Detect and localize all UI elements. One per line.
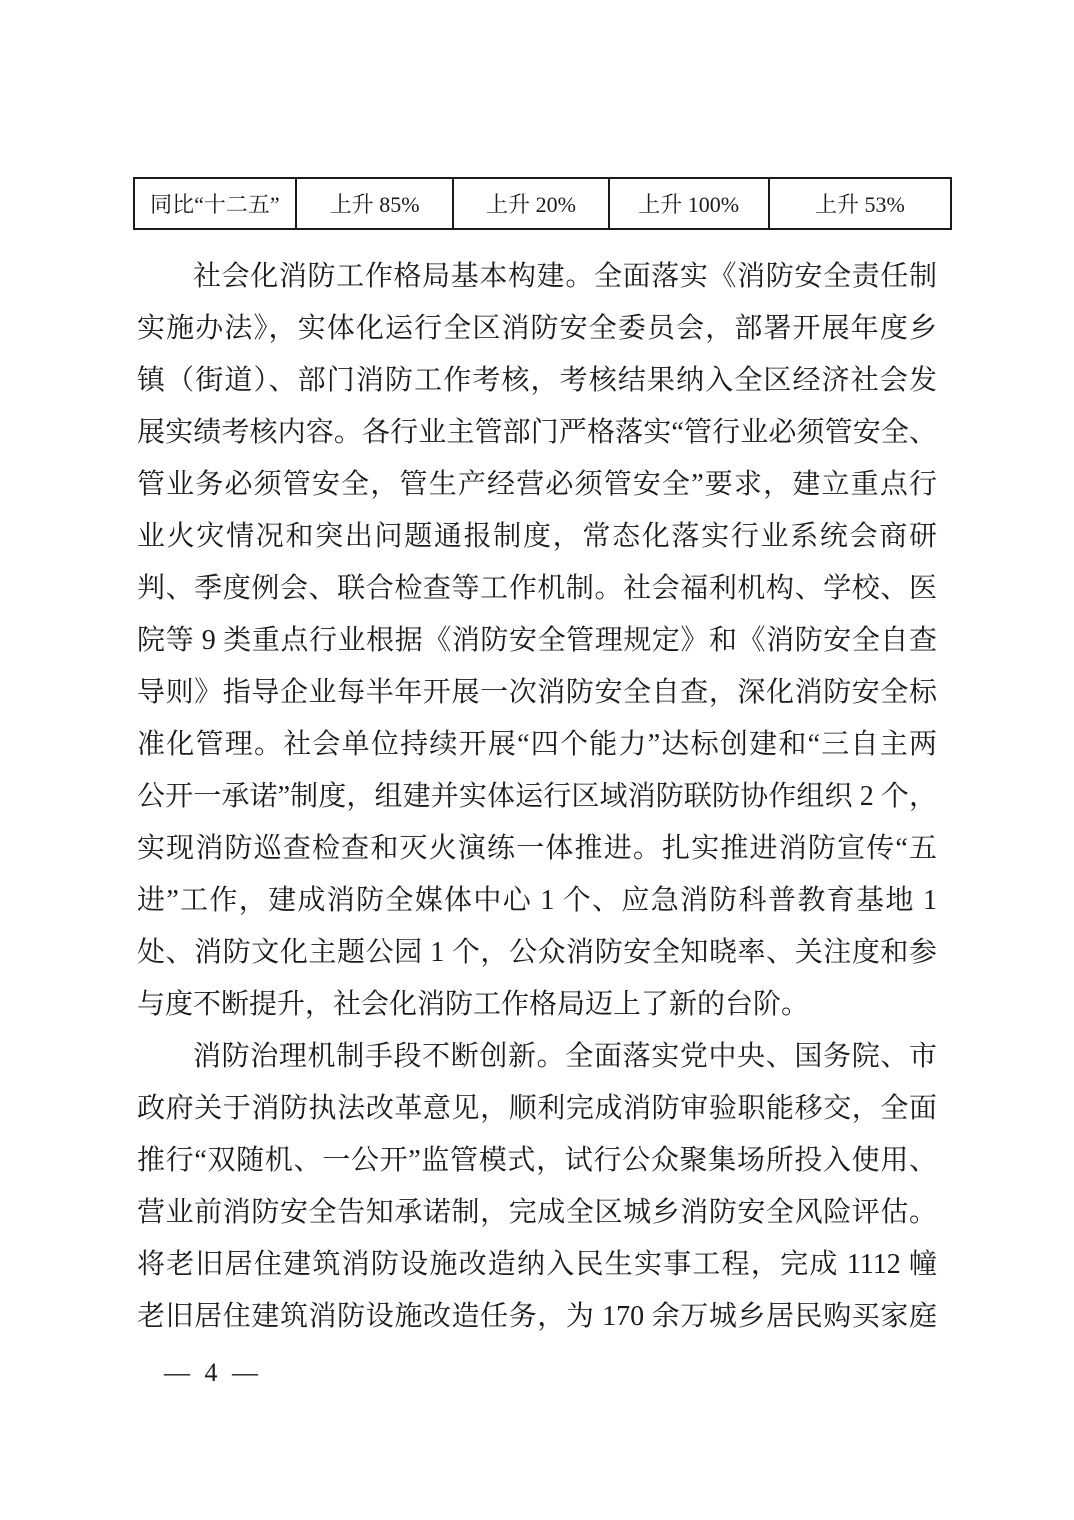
- table-cell-value: 上升 53%: [769, 178, 951, 229]
- page-number: — 4 —: [164, 1358, 262, 1388]
- text-line: 进”工作，建成消防全媒体中心 1 个、应急消防科普教育基地 1: [137, 875, 937, 927]
- text-line: 实现消防巡查检查和灭火演练一体推进。扎实推进消防宣传“五: [137, 823, 937, 875]
- paragraph: 社会化消防工作格局基本构建。全面落实《消防安全责任制实施办法》，实体化运行全区消…: [137, 251, 937, 1031]
- text-line: 公开一承诺”制度，组建并实体运行区域消防联防协作组织 2 个，: [137, 771, 937, 823]
- text-line: 业火灾情况和突出问题通报制度，常态化落实行业系统会商研: [137, 511, 937, 563]
- text-line: 处、消防文化主题公园 1 个，公众消防安全知晓率、关注度和参: [137, 927, 937, 979]
- table-cell-value: 上升 100%: [609, 178, 769, 229]
- text-line: 推行“双随机、一公开”监管模式，试行公众聚集场所投入使用、: [137, 1135, 937, 1187]
- text-line: 准化管理。社会单位持续开展“四个能力”达标创建和“三自主两: [137, 719, 937, 771]
- text-line: 与度不断提升，社会化消防工作格局迈上了新的台阶。: [137, 979, 937, 1031]
- body-text: 社会化消防工作格局基本构建。全面落实《消防安全责任制实施办法》，实体化运行全区消…: [137, 251, 937, 1343]
- text-line: 社会化消防工作格局基本构建。全面落实《消防安全责任制: [137, 251, 937, 303]
- text-line: 将老旧居住建筑消防设施改造纳入民生实事工程，完成 1112 幢: [137, 1239, 937, 1291]
- stats-table: 同比“十二五” 上升 85% 上升 20% 上升 100% 上升 53%: [133, 177, 952, 230]
- text-line: 营业前消防安全告知承诺制，完成全区城乡消防安全风险评估。: [137, 1187, 937, 1239]
- table-row: 同比“十二五” 上升 85% 上升 20% 上升 100% 上升 53%: [134, 178, 951, 229]
- text-line: 政府关于消防执法改革意见，顺利完成消防审验职能移交，全面: [137, 1083, 937, 1135]
- table-cell-value: 上升 20%: [453, 178, 608, 229]
- text-line: 镇（街道）、部门消防工作考核，考核结果纳入全区经济社会发: [137, 355, 937, 407]
- text-line: 判、季度例会、联合检查等工作机制。社会福利机构、学校、医: [137, 563, 937, 615]
- table-cell-value: 上升 85%: [296, 178, 454, 229]
- text-line: 消防治理机制手段不断创新。全面落实党中央、国务院、市: [137, 1031, 937, 1083]
- paragraph: 消防治理机制手段不断创新。全面落实党中央、国务院、市政府关于消防执法改革意见，顺…: [137, 1031, 937, 1343]
- text-line: 实施办法》，实体化运行全区消防安全委员会，部署开展年度乡: [137, 303, 937, 355]
- text-line: 管业务必须管安全，管生产经营必须管安全”要求，建立重点行: [137, 459, 937, 511]
- text-line: 导则》指导企业每半年开展一次消防安全自查，深化消防安全标: [137, 667, 937, 719]
- text-line: 老旧居住建筑消防设施改造任务，为 170 余万城乡居民购买家庭: [137, 1291, 937, 1343]
- text-line: 院等 9 类重点行业根据《消防安全管理规定》和《消防安全自查: [137, 615, 937, 667]
- table-cell-row-label: 同比“十二五”: [134, 178, 296, 229]
- text-line: 展实绩考核内容。各行业主管部门严格落实“管行业必须管安全、: [137, 407, 937, 459]
- document-page: 同比“十二五” 上升 85% 上升 20% 上升 100% 上升 53% 社会化…: [0, 0, 1074, 1520]
